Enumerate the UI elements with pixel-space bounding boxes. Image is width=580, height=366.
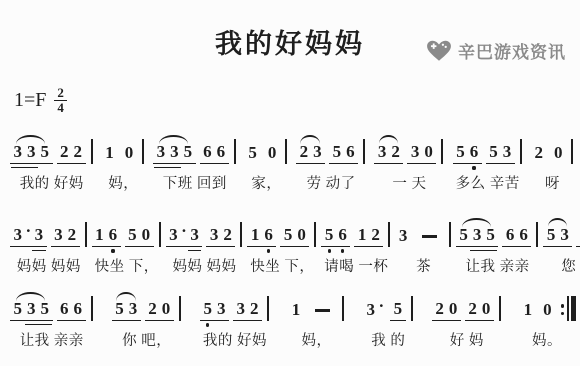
note-group: 32 [233,300,262,321]
watermark: 辛巴游戏资讯 [426,38,566,63]
barline [411,296,413,321]
barline [91,139,93,164]
note-digit: 1 [103,144,117,161]
lyric-text: 妈妈 妈妈 [8,255,90,276]
note-digit: 2 [389,143,403,160]
note-digit: 3 [214,300,228,317]
rest-digit: 0 [159,300,173,317]
lyric-text: 您 吧 [541,255,580,276]
barline [363,139,365,164]
note-group: 53 [486,143,515,164]
repeat-dot [561,304,564,307]
rest-digit: 0 [479,300,493,317]
measure: 3·332妈妈 妈妈 [164,213,246,276]
measure: 3茶 [393,213,454,276]
notes-row: 53566 [454,213,542,247]
note-digit: 3 [396,227,410,244]
note-digit: 5 [454,143,468,160]
lyric-text: 一 天 [372,172,446,193]
note-digit: 5 [38,300,52,317]
barline [499,296,501,321]
note-group: 1 [288,301,304,321]
measure: 3·5我 的 [361,287,416,350]
note-digit: 5 [126,226,140,243]
note-group: 56 [329,143,358,164]
note-group: 66 [57,300,86,321]
note-group: 53 [200,300,229,321]
note-group: 0 [550,144,566,164]
notes-row: 1650 [245,213,319,247]
note-digit: 1 [93,226,107,243]
note-group: 20 [576,226,580,247]
note-digit: 1 [289,301,303,318]
notes-row: 20 [529,130,576,164]
measure: 10妈。 [518,287,576,350]
note-digit: 3 [470,226,484,243]
note-digit: 3 [32,226,46,243]
note-digit: 5 [322,226,336,243]
key-signature: 1=F 2 4 [14,86,67,115]
low-octave-dot [328,249,331,252]
rest-digit: 0 [541,301,555,318]
meter-lower: 4 [54,101,67,115]
score-line-2: 3·332妈妈 妈妈1650快坐 下，3·332妈妈 妈妈1650快坐 下，56… [8,213,576,276]
note-digit: 6 [467,143,481,160]
low-octave-dot [267,249,270,252]
time-signature: 2 4 [54,86,67,115]
rest-digit: 0 [265,144,279,161]
note-group: 5 [390,300,406,321]
end-repeat-barline [561,296,576,321]
note-digit: 5 [391,300,405,317]
notes-row: 1650 [90,213,164,247]
note-group [308,309,337,321]
lyric-text: 下班 回到 [151,172,239,193]
note-group: 2 [531,144,547,164]
note-group: 56 [453,143,482,164]
lyric-text: 你 吧， [110,329,184,350]
note-group: 12 [354,226,383,247]
augmentation-dot: · [25,222,33,243]
thick-barline [571,296,576,321]
lyric-text: 劳 动了 [294,172,368,193]
note-digit: 3 [364,301,378,318]
lyric-text: 茶 [393,255,454,276]
lyric-text: 妈。 [518,329,576,350]
notes-row: 5332 [198,287,272,321]
notes-row: 3·332 [164,213,246,247]
note-group: 53 [112,300,141,321]
notes-row: 1 [286,287,347,321]
note-digit: 5 [457,226,471,243]
note-group [415,235,444,247]
notes-row: 5653 [451,130,525,164]
barline [234,139,236,164]
note-digit: 3 [126,300,140,317]
measure: 2020好 妈 [430,287,504,350]
barline [449,222,451,247]
note-digit: 3 [500,143,514,160]
lyric-text: 我的 好妈 [8,172,96,193]
note-group: 50 [280,226,309,247]
lyric-text: 我的 好妈 [198,329,272,350]
note-group: 3·3 [10,222,47,247]
note-digit: 6 [262,226,276,243]
lyric-text: 妈妈 妈妈 [164,255,246,276]
note-digit: 2 [58,143,72,160]
barline [179,296,181,321]
gamepad-heart-icon [426,40,452,62]
barline [240,222,242,247]
barline [441,139,443,164]
meter-upper: 2 [54,86,67,101]
rest-digit: 0 [422,143,436,160]
measure: 2356劳 动了 [294,130,368,193]
sheet-music-page: 我的好妈妈 辛巴游戏资讯 1=F 2 4 33522我的 好妈10妈，33566… [0,0,580,366]
low-octave-dot [341,249,344,252]
note-group: 20 [465,300,494,321]
note-digit: 5 [487,143,501,160]
note-group: 3·3 [166,222,203,247]
duration-dash [422,235,437,238]
note-group: 335 [153,143,196,164]
thin-barline [567,296,569,321]
lyric-text: 请喝 一杯 [319,255,393,276]
watermark-text: 辛巴游戏资讯 [458,38,566,63]
note-digit: 6 [344,143,358,160]
note-group: 23 [296,143,325,164]
note-digit: 2 [433,300,447,317]
note-digit: 2 [532,144,546,161]
note-group: 0 [264,144,280,164]
note-group: 50 [125,226,154,247]
lyric-text: 呀 [529,172,576,193]
note-digit: 2 [247,300,261,317]
note-digit: 6 [214,143,228,160]
notes-row: 33566 [151,130,239,164]
note-group: 0 [540,301,556,321]
measure: 53566让我 亲亲 [454,213,542,276]
notes-row: 5320 [110,287,184,321]
low-octave-dot [206,323,209,326]
measure: 5612请喝 一杯 [319,213,393,276]
note-group: 32 [374,143,403,164]
lyric-text: 好 妈 [430,329,504,350]
note-digit: 6 [201,143,215,160]
barline [85,222,87,247]
notes-row: 2356 [294,130,368,164]
note-digit: 2 [297,143,311,160]
score-line-3: 53566让我 亲亲5320你 吧，5332我的 好妈1妈，3·5我 的2020… [8,287,576,350]
lyric-text: 让我 亲亲 [454,255,542,276]
duration-dash [315,309,330,312]
augmentation-dot: · [377,297,385,318]
note-group: 5 [245,144,261,164]
measure: 20呀 [529,130,576,193]
repeat-dot [561,312,564,315]
notes-row: 3·5 [361,287,416,321]
lyric-text: 妈， [286,329,347,350]
note-group: 16 [247,226,276,247]
note-digit: 6 [336,226,350,243]
low-octave-dot [472,166,475,169]
note-digit: 3 [11,143,25,160]
note-digit: 6 [58,300,72,317]
notes-row: 3 [393,213,454,247]
note-digit: 5 [11,300,25,317]
barline [142,139,144,164]
notes-row: 2020 [430,287,504,321]
measure: 50家， [243,130,290,193]
rest-digit: 0 [551,144,565,161]
notes-row: 53566 [8,287,96,321]
key-tonic: 1=F [14,89,46,112]
note-group: 32 [206,226,235,247]
note-digit: 5 [246,144,260,161]
note-digit: 3 [11,226,25,243]
measure: 5332我的 好妈 [198,287,272,350]
measure: 3·332妈妈 妈妈 [8,213,90,276]
measure: 5653多么 辛苦 [451,130,525,193]
note-digit: 3 [207,226,221,243]
notes-row: 3230 [372,130,446,164]
lyric-text: 我 的 [361,329,416,350]
note-digit: 3 [408,143,422,160]
note-group: 535 [456,226,499,247]
lyric-text: 多么 辛苦 [451,172,525,193]
note-digit: 6 [517,226,531,243]
note-digit: 3 [168,143,182,160]
augmentation-dot: · [180,222,188,243]
note-digit: 3 [25,300,39,317]
lyric-text: 让我 亲亲 [8,329,96,350]
note-digit: 2 [221,226,235,243]
note-digit: 2 [466,300,480,317]
note-digit: 5 [281,226,295,243]
rest-digit: 0 [122,144,136,161]
barline [342,296,344,321]
measure: 53566让我 亲亲 [8,287,96,350]
measure: 3230一 天 [372,130,446,193]
note-digit: 5 [181,143,195,160]
note-digit: 5 [113,300,127,317]
note-digit: 2 [146,300,160,317]
barline [91,296,93,321]
note-digit: 6 [503,226,517,243]
notes-row: 10 [518,287,576,321]
note-group: 335 [10,143,53,164]
measure: 1妈， [286,287,347,350]
note-digit: 3 [558,226,572,243]
note-digit: 3 [154,143,168,160]
barline [285,139,287,164]
note-group: 53 [543,226,572,247]
note-group: 0 [121,144,137,164]
rest-digit: 0 [295,226,309,243]
note-group: 1 [520,301,536,321]
note-group: 66 [200,143,229,164]
measure: 5320你 吧， [110,287,184,350]
note-digit: 5 [38,143,52,160]
notes-row: 33522 [8,130,96,164]
note-digit: 3 [25,143,39,160]
note-digit: 1 [248,226,262,243]
notes-row: 5612 [319,213,393,247]
note-digit: 3 [188,226,202,243]
lyric-text: 快坐 下， [90,255,164,276]
barline [520,139,522,164]
note-digit: 3 [52,226,66,243]
measure: 1650快坐 下， [245,213,319,276]
note-group: 20 [432,300,461,321]
barline [388,222,390,247]
note-digit: 3 [234,300,248,317]
note-group: 20 [145,300,174,321]
note-digit: 5 [201,300,215,317]
repeat-dots [561,304,564,315]
note-digit: 2 [71,143,85,160]
lyric-text: 快坐 下， [245,255,319,276]
note-digit: 2 [65,226,79,243]
note-digit: 2 [369,226,383,243]
note-digit: 3 [167,226,181,243]
note-digit: 6 [106,226,120,243]
note-group: 32 [51,226,80,247]
barline [159,222,161,247]
note-digit: 1 [521,301,535,318]
notes-row: 3·332 [8,213,90,247]
notes-row: 5320 [541,213,580,247]
note-group: 56 [321,226,350,247]
note-group: 66 [502,226,531,247]
note-digit: 1 [355,226,369,243]
measure: 33522我的 好妈 [8,130,96,193]
measure: 1650快坐 下， [90,213,164,276]
barline [267,296,269,321]
note-digit: 5 [484,226,498,243]
note-digit: 3 [375,143,389,160]
note-group: 16 [92,226,121,247]
rest-digit: 0 [446,300,460,317]
measure: 5320您 吧 [541,213,580,276]
low-octave-dot [111,249,114,252]
barline [536,222,538,247]
note-group: 3 [395,227,411,247]
score-line-1: 33522我的 好妈10妈，33566下班 回到50家，2356劳 动了3230… [8,130,576,193]
notes-row: 10 [100,130,147,164]
note-group: 535 [10,300,53,321]
note-group: 1 [102,144,118,164]
measure: 33566下班 回到 [151,130,239,193]
note-group: 22 [57,143,86,164]
note-group: 3· [363,297,386,321]
measure: 10妈， [100,130,147,193]
notes-row: 50 [243,130,290,164]
barline [571,139,573,164]
barline [314,222,316,247]
note-digit: 5 [544,226,558,243]
note-digit: 6 [71,300,85,317]
rest-digit: 0 [139,226,153,243]
note-group: 30 [407,143,436,164]
lyric-text: 妈， [100,172,147,193]
note-digit: 3 [311,143,325,160]
lyric-text: 家， [243,172,290,193]
note-digit: 5 [330,143,344,160]
